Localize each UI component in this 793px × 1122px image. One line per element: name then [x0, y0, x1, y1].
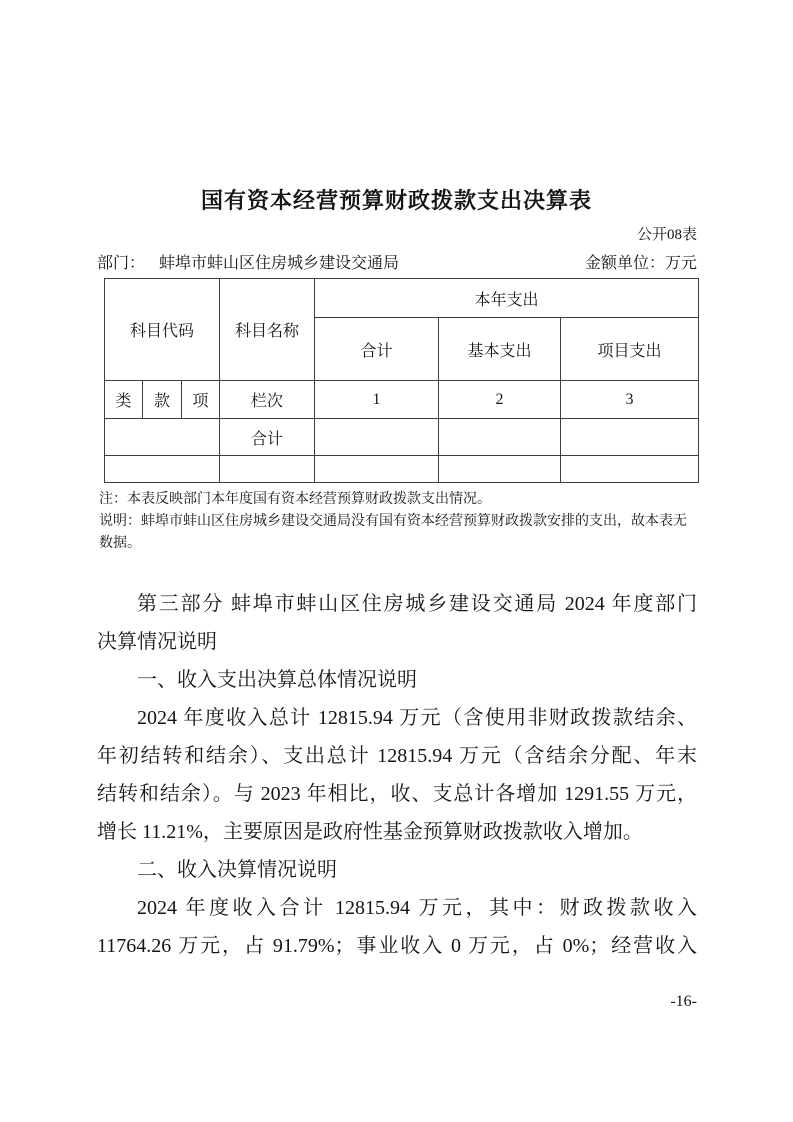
header-col-3: 3 — [561, 381, 699, 419]
row-code-cell — [105, 456, 220, 483]
para2-line2: 11764.26 万元，占 91.79%；事业收入 0 万元，占 0%；经营收入 — [97, 927, 697, 965]
para1-line1: 2024 年度收入总计 12815.94 万元（含使用非财政拨款结余、 — [97, 699, 697, 737]
header-current-year-expenditure: 本年支出 — [315, 279, 699, 318]
header-basic-expenditure: 基本支出 — [439, 318, 561, 381]
section2-heading: 二、收入决算情况说明 — [97, 851, 697, 889]
para1-line4: 增长 11.21%，主要原因是政府性基金预算财政拨款收入增加。 — [97, 813, 697, 851]
header-item: 项 — [182, 381, 220, 419]
row-project-cell — [561, 456, 699, 483]
row-code-cell — [105, 419, 220, 456]
part3-heading-line2: 决算情况说明 — [97, 623, 697, 661]
header-subject-code: 科目代码 — [105, 279, 220, 381]
narrative-text: 第三部分 蚌埠市蚌山区住房城乡建设交通局 2024 年度部门 决算情况说明 一、… — [97, 585, 697, 965]
department-field: 部门：蚌埠市蚌山区住房城乡建设交通局 — [97, 250, 399, 273]
document-page: 国有资本经营预算财政拨款支出决算表 公开08表 部门：蚌埠市蚌山区住房城乡建设交… — [0, 0, 793, 1122]
row-basic-cell — [439, 419, 561, 456]
page-number: -16- — [97, 993, 697, 1011]
table-row — [105, 456, 699, 483]
page-title: 国有资本经营预算财政拨款支出决算表 — [0, 184, 793, 215]
header-row-label: 栏次 — [220, 381, 315, 419]
part3-heading-line1: 第三部分 蚌埠市蚌山区住房城乡建设交通局 2024 年度部门 — [97, 585, 697, 623]
header-col-1: 1 — [315, 381, 439, 419]
row-basic-cell — [439, 456, 561, 483]
table-notes: 注：本表反映部门本年度国有资本经营预算财政拨款支出情况。 说明：蚌埠市蚌山区住房… — [99, 489, 699, 555]
expenditure-table: 科目代码 科目名称 本年支出 合计 基本支出 项目支出 类 款 项 栏次 1 2… — [104, 278, 699, 483]
row-total-cell — [315, 419, 439, 456]
row-total-cell — [315, 456, 439, 483]
row-name-cell: 合计 — [220, 419, 315, 456]
department-label: 部门： — [97, 255, 145, 272]
public-table-label: 公开08表 — [97, 223, 697, 244]
row-project-cell — [561, 419, 699, 456]
header-col-2: 2 — [439, 381, 561, 419]
header-section: 款 — [143, 381, 182, 419]
section1-heading: 一、收入支出决算总体情况说明 — [97, 661, 697, 699]
header-category: 类 — [105, 381, 143, 419]
para2-line1: 2024 年度收入合计 12815.94 万元，其中：财政拨款收入 — [97, 889, 697, 927]
header-total: 合计 — [315, 318, 439, 381]
table-row: 合计 — [105, 419, 699, 456]
para1-line2: 年初结转和结余）、支出总计 12815.94 万元（含结余分配、年末 — [97, 737, 697, 775]
department-value: 蚌埠市蚌山区住房城乡建设交通局 — [159, 255, 399, 272]
table-meta-row: 部门：蚌埠市蚌山区住房城乡建设交通局 金额单位：万元 — [97, 250, 697, 273]
table-explanation: 说明：蚌埠市蚌山区住房城乡建设交通局没有国有资本经营预算财政拨款安排的支出，故本… — [99, 511, 699, 555]
table-note: 注：本表反映部门本年度国有资本经营预算财政拨款支出情况。 — [99, 489, 699, 511]
row-name-cell — [220, 456, 315, 483]
unit-label: 金额单位：万元 — [585, 250, 697, 273]
header-subject-name: 科目名称 — [220, 279, 315, 381]
para1-line3: 结转和结余）。与 2023 年相比，收、支总计各增加 1291.55 万元， — [97, 775, 697, 813]
header-project-expenditure: 项目支出 — [561, 318, 699, 381]
